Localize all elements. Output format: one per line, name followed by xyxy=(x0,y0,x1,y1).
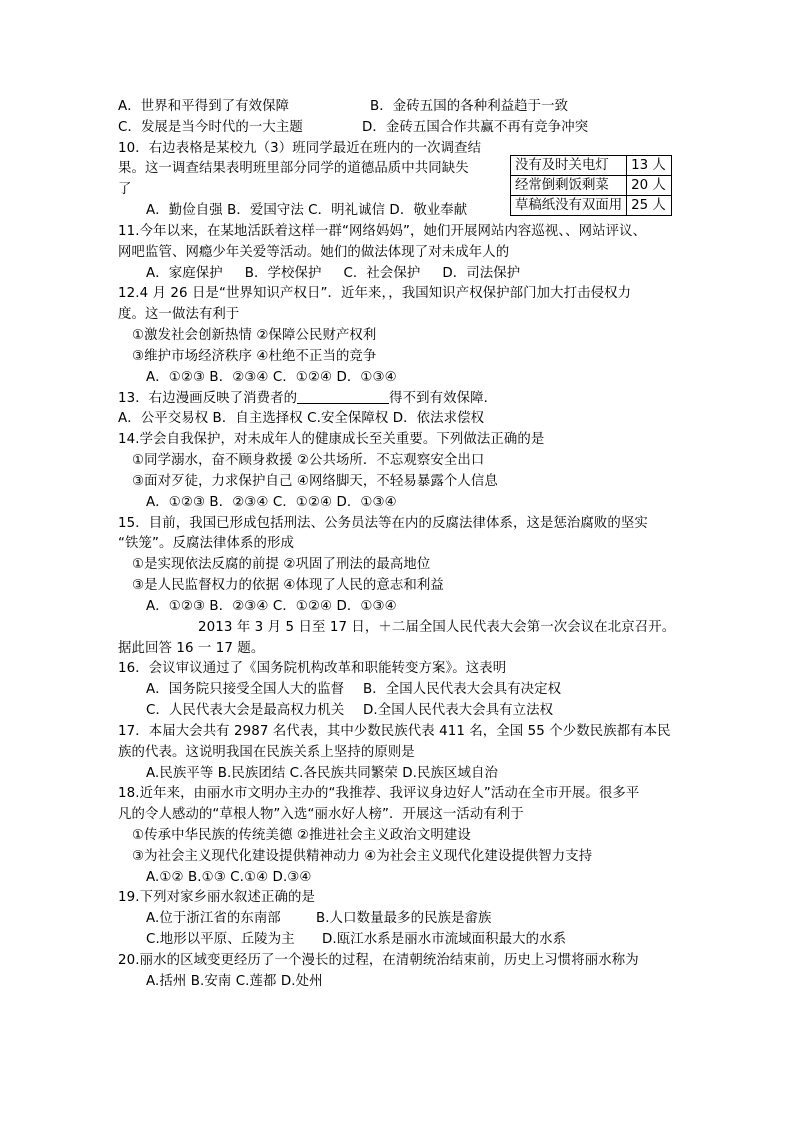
survey-row: 经常倒剩饭剩菜 20 人 xyxy=(511,176,672,196)
q17-stem-1: 17．本届大会共有 2987 名代表，其中少数民族代表 411 名，全国 55 … xyxy=(118,722,698,743)
q12-stem-2: 度。这一做法有利于 xyxy=(118,305,698,326)
q19-option-c: C.地形以平原、丘陵为主 xyxy=(146,932,295,947)
q20-stem: 20.丽水的区域变更经历了一个漫长的过程，在清朝统治结束前，历史上习惯将丽水称为 xyxy=(118,951,698,972)
survey-count: 25 人 xyxy=(627,196,672,216)
q15-items-1: ①是实现依法反腐的前提 ②巩固了刑法的最高地位 xyxy=(118,555,698,576)
q18-stem-2: 凡的令人感动的“草根人物”入选“丽水好人榜”．开展这一活动有利于 xyxy=(118,805,698,826)
q18-items-1: ①传承中华民族的传统美德 ②推进社会主义政治文明建设 xyxy=(118,826,698,847)
exam-page: A．世界和平得到了有效保障 B．金砖五国的各种利益趋于一致 C．发展是当今时代的… xyxy=(118,97,698,993)
survey-row: 没有及时关电灯 13 人 xyxy=(511,156,672,176)
q16-option-c: C．人民代表大会是最高权力机关 xyxy=(146,703,344,718)
q20-options: A.括州 B.安南 C.莲都 D.处州 xyxy=(118,972,698,993)
q15-stem-1: 15．目前，我国已形成包括刑法、公务员法等在内的反腐法律体系，这是惩治腐败的坚实 xyxy=(118,514,698,535)
q16-options-row-1: A．国务院只接受全国人大的监督 B．全国人民代表大会具有决定权 xyxy=(118,680,698,701)
q13-prefix: 13．右边漫画反映了消费者的 xyxy=(118,391,297,406)
q11-stem-1: 11.今年以来，在某地活跃着这样一群“网络妈妈”，她们开展网站内容巡视、、网站评… xyxy=(118,222,698,243)
q16-option-d: D.全国人民代表大会具有立法权 xyxy=(363,701,553,722)
q19-option-a: A.位于浙江省的东南部 xyxy=(146,911,281,926)
survey-count: 13 人 xyxy=(627,156,672,176)
q18-options: A.①② B.①③ C.①④ D.③④ xyxy=(118,868,698,889)
q9-options-row-2: C．发展是当今时代的一大主题 D．金砖五国合作共赢不再有竞争冲突 xyxy=(118,118,698,139)
material-text: 2013 年 3 月 5 日至 17 日，＋二届全国人民代表大会第一次会议在北京… xyxy=(118,618,698,639)
q11-option-a: A．家庭保护 xyxy=(146,264,223,285)
q16-options-row-2: C．人民代表大会是最高权力机关 D.全国人民代表大会具有立法权 xyxy=(118,701,698,722)
q15-stem-2: “铁笼”。反腐法律体系的形成 xyxy=(118,534,698,555)
q14-options: A．①②③ B．②③④ C．①②④ D．①③④ xyxy=(118,493,698,514)
q15-options: A．①②③ B．②③④ C．①②④ D．①③④ xyxy=(118,597,698,618)
q12-stem-1: 12.4 月 26 日是“世界知识产权日”．近年来，，我国知识产权保护部门加大打… xyxy=(118,284,698,305)
q19-option-b: B.人口数量最多的民族是畲族 xyxy=(316,909,492,930)
q19-options-row-1: A.位于浙江省的东南部 B.人口数量最多的民族是畲族 xyxy=(118,909,698,930)
q9-option-a: A．世界和平得到了有效保障 xyxy=(118,99,289,114)
q16-option-b: B．全国人民代表大会具有决定权 xyxy=(363,680,561,701)
q16-stem: 16．会议审议通过了《国务院机构改革和职能转变方案》。这表明 xyxy=(118,659,698,680)
q17-stem-2: 族的代表。这说明我国在民族关系上坚持的原则是 xyxy=(118,743,698,764)
q9-option-c: C．发展是当今时代的一大主题 xyxy=(118,120,303,135)
q12-items-2: ③维护市场经济秩序 ④杜绝不正当的竞争 xyxy=(118,347,698,368)
q12-items-1: ①激发社会创新热情 ②保障公民财产权利 xyxy=(118,326,698,347)
q13-stem: 13．右边漫画反映了消费者的得不到有效保障． xyxy=(118,389,698,410)
q12-options: A．①②③ B．②③④ C．①②④ D．①③④ xyxy=(118,368,698,389)
q13-options: A．公平交易权 B．自主选择权 C.安全保障权 D．依法求偿权 xyxy=(118,409,698,430)
q9-option-d: D．金砖五国合作共赢不再有竞争冲突 xyxy=(362,118,588,139)
q11-options: A．家庭保护B．学校保护C．社会保护D．司法保护 xyxy=(118,264,698,285)
survey-count: 20 人 xyxy=(627,176,672,196)
survey-item: 经常倒剩饭剩菜 xyxy=(511,176,627,196)
survey-item: 草稿纸没有双面用 xyxy=(511,196,627,216)
q19-options-row-2: C.地形以平原、丘陵为主 D.瓯江水系是丽水市流域面积最大的水系 xyxy=(118,930,698,951)
q13-answer-blank xyxy=(297,389,389,404)
q18-items-2: ③为社会主义现代化建设提供精神动力 ④为社会主义现代化建设提供智力支持 xyxy=(118,847,698,868)
q17-options: A.民族平等 B.民族团结 C.各民族共同繁荣 D.民族区域自治 xyxy=(118,764,698,785)
q9-options-row-1: A．世界和平得到了有效保障 B．金砖五国的各种利益趋于一致 xyxy=(118,97,698,118)
q15-items-2: ③是人民监督权力的依据 ④体现了人民的意志和利益 xyxy=(118,576,698,597)
q10-survey-table: 没有及时关电灯 13 人 经常倒剩饭剩菜 20 人 草稿纸没有双面用 25 人 xyxy=(510,155,672,216)
q16-option-a: A．国务院只接受全国人大的监督 xyxy=(146,682,344,697)
q19-option-d: D.瓯江水系是丽水市流域面积最大的水系 xyxy=(322,930,566,951)
q13-suffix: 得不到有效保障． xyxy=(389,391,497,406)
q11-option-c: C．社会保护 xyxy=(343,264,420,285)
survey-row: 草稿纸没有双面用 25 人 xyxy=(511,196,672,216)
q9-option-b: B．金砖五国的各种利益趋于一致 xyxy=(370,97,568,118)
q14-items-2: ③面对歹徒，力求保护自己 ④网络脚天，不轻易暴露个人信息 xyxy=(118,472,698,493)
q11-option-d: D．司法保护 xyxy=(442,264,520,285)
q18-stem-1: 18.近年来，由丽水市文明办主办的“我推荐、我评议身边好人”活动在全市开展。很多… xyxy=(118,784,698,805)
q14-stem: 14.学会自我保护，对未成年人的健康成长至关重要。下列做法正确的是 xyxy=(118,430,698,451)
q11-stem-2: 网吧监管、网瘾少年关爱等活动。她们的做法体现了对未成年人的 xyxy=(118,243,698,264)
q14-items-1: ①同学溺水，奋不顾身救援 ②公共场所．不忘观察安全出口 xyxy=(118,451,698,472)
q11-option-b: B．学校保护 xyxy=(245,264,322,285)
survey-item: 没有及时关电灯 xyxy=(511,156,627,176)
material-instruction: 据此回答 16 一 17 题。 xyxy=(118,639,698,660)
q19-stem: 19.下列对家乡丽水叙述正确的是 xyxy=(118,888,698,909)
